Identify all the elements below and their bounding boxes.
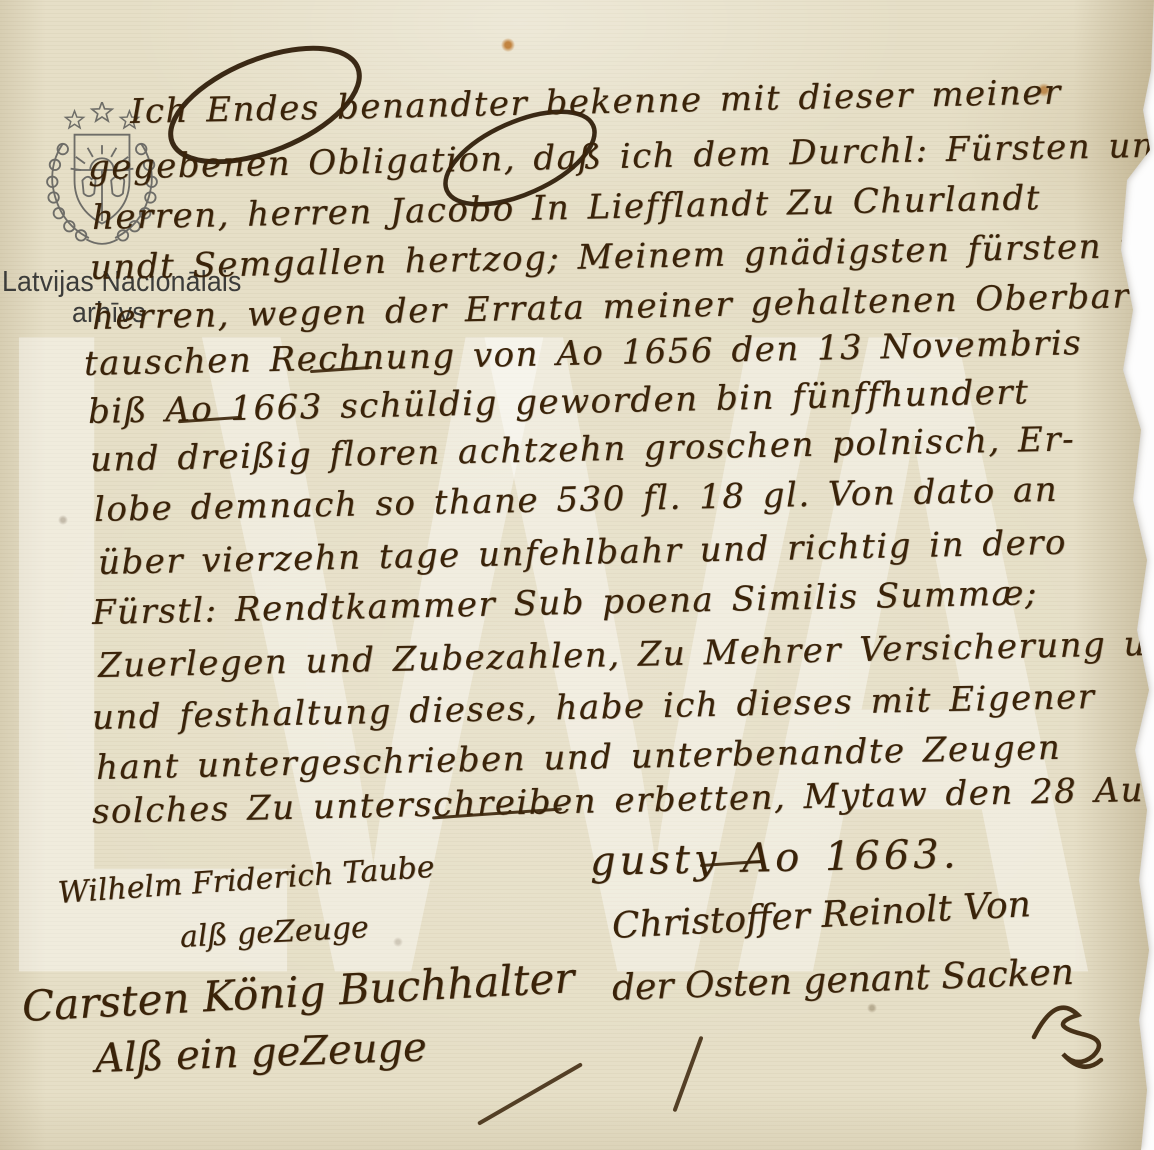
- manuscript-dateline: gusty Ao 1663.: [590, 832, 960, 884]
- witness1-signature-name: Wilhelm Friderich Taube: [57, 850, 436, 911]
- manuscript-line: Fürstl: Rendtkammer Sub poena Similis Su…: [92, 575, 1039, 632]
- document-scan: LVVA: [0, 0, 1154, 1150]
- manuscript-line: Zuerlegen und Zubezahlen, Zu Mehrer Vers…: [98, 625, 1154, 685]
- ink-flourish: [477, 1062, 583, 1125]
- manuscript-line: lobe demnach so thane 530 fl. 18 gl. Von…: [94, 472, 1059, 530]
- signature-paraph: [1020, 975, 1140, 1075]
- witness2-signature-role: Alß ein geZeuge: [94, 1024, 427, 1082]
- manuscript-line: über vierzehn tage unfehlbahr und richti…: [98, 525, 1068, 583]
- paper-shadow: LVVA: [0, 0, 1154, 1150]
- manuscript-line: und festhaltung dieses, habe ich dieses …: [92, 679, 1096, 737]
- witness2-signature-name: Carsten König Buchhalter: [21, 953, 576, 1031]
- principal-signature-name2: der Osten genant Sacken: [611, 952, 1074, 1009]
- manuscript-line: und dreißig floren achtzehn groschen pol…: [90, 421, 1076, 479]
- manuscript-paper: LVVA: [0, 0, 1154, 1150]
- ink-flourish: [672, 1036, 703, 1113]
- witness1-signature-role: alß geZeuge: [179, 910, 369, 955]
- principal-signature-name: Christoffer Reinolt Von: [611, 884, 1032, 947]
